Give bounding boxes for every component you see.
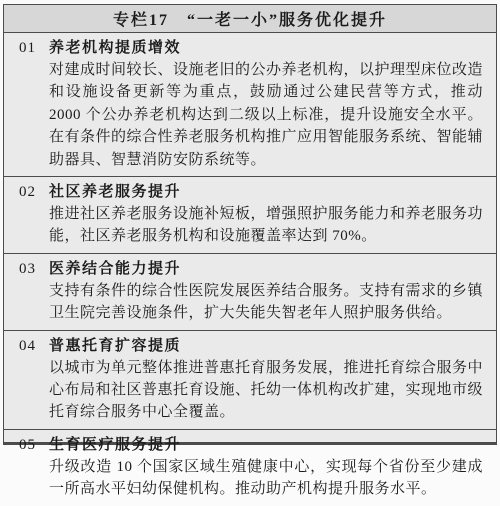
- section-body: 对建成时间较长、设施老旧的公办养老机构，以护理型床位改造和设施设备更新等为重点，…: [49, 59, 483, 171]
- section-row: 02 社区养老服务提升 推进社区养老服务设施补短板，增强照护服务能力和养老服务功…: [4, 177, 496, 254]
- section-body: 推进社区养老服务设施补短板，增强照护服务能力和养老服务功能，社区养老服务机构和设…: [49, 203, 483, 248]
- section-number: 02: [19, 181, 36, 203]
- section-number: 03: [19, 258, 36, 280]
- section-heading: 社区养老服务提升: [49, 181, 483, 203]
- section-heading: 医养结合能力提升: [49, 258, 483, 280]
- section-row: 03 医养结合能力提升 支持有条件的综合性医院发展医养结合服务。支持有需求的乡镇…: [4, 254, 496, 331]
- section-row: 01 养老机构提质增效 对建成时间较长、设施老旧的公办养老机构，以护理型床位改造…: [4, 33, 496, 177]
- section-heading: 养老机构提质增效: [49, 37, 483, 59]
- section-body: 以城市为单元整体推进普惠托育服务发展，推进托育综合服务中心布局和社区普惠托育设施…: [49, 357, 483, 424]
- section-number: 04: [19, 335, 36, 357]
- panel-sections: 01 养老机构提质增效 对建成时间较长、设施老旧的公办养老机构，以护理型床位改造…: [4, 33, 496, 447]
- section-number: 05: [19, 434, 36, 447]
- section-body: 支持有条件的综合性医院发展医养结合服务。支持有需求的乡镇卫生院完善设施条件，扩大…: [49, 280, 483, 325]
- section-row: 05 生育医疗服务提升 升级改造 10 个国家区域生殖健康中心，实现每个省份至少…: [4, 430, 496, 447]
- section-number: 01: [19, 37, 36, 59]
- section-row: 04 普惠托育扩容提质 以城市为单元整体推进普惠托育服务发展，推进托育综合服务中…: [4, 331, 496, 430]
- panel-title: 专栏17 “一老一小”服务优化提升: [113, 7, 387, 30]
- section-heading: 普惠托育扩容提质: [49, 335, 483, 357]
- section-heading: 生育医疗服务提升: [49, 434, 483, 447]
- panel-header: 专栏17 “一老一小”服务优化提升: [4, 5, 496, 33]
- column-panel: 专栏17 “一老一小”服务优化提升 01 养老机构提质增效 对建成时间较长、设施…: [3, 4, 497, 445]
